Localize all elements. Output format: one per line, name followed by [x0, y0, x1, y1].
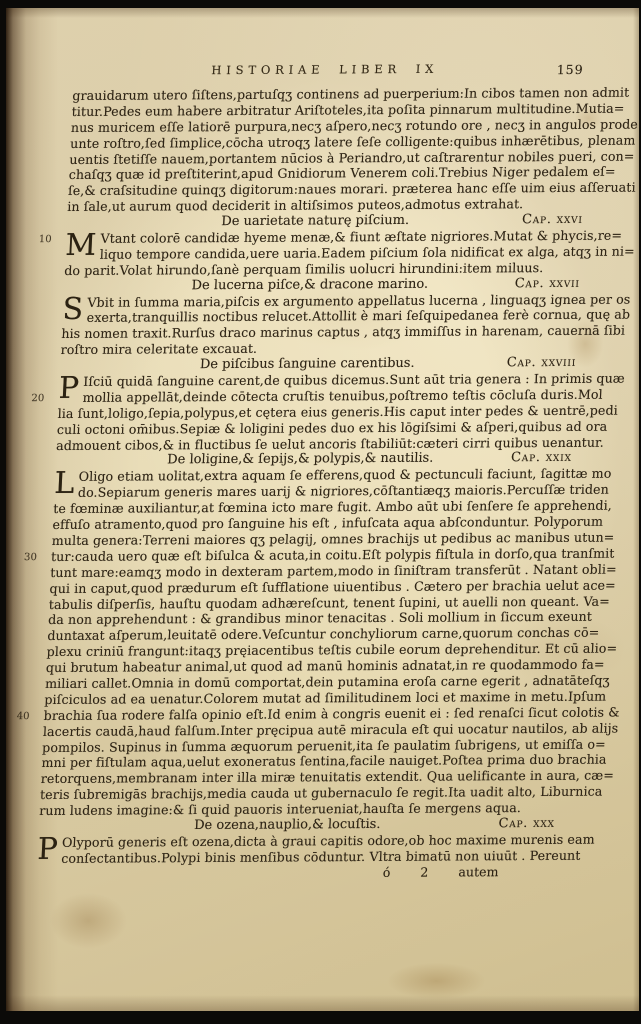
marginal-line-number: 10: [38, 232, 52, 248]
signature-number: 2: [420, 864, 429, 880]
running-header: HISTORIAE LIBER IX 159: [73, 61, 590, 82]
paragraph: PIſciū quidā ſanguine carent,de quibus d…: [56, 371, 576, 454]
marginal-line-number: 30: [24, 550, 38, 566]
photo-frame: HISTORIAE LIBER IX 159 grauidarum utero …: [0, 0, 641, 1024]
chapter-number: Cap. xxvii: [514, 276, 580, 292]
book-page: HISTORIAE LIBER IX 159 grauidarum utero …: [6, 8, 639, 1011]
chapter-title: De ozena,nauplio,& locuſtis.: [194, 817, 381, 834]
paragraph: SVbit in ſumma maria,piſcis ex argumento…: [60, 291, 579, 358]
paragraph: POlyporū generis eſt ozena,dicta à graui…: [37, 832, 555, 867]
chapter-title: De piſcibus ſanguine carentibus.: [200, 356, 415, 373]
text-line: conſectantibus.Polypi binis menſibus cōd…: [37, 848, 554, 867]
marginal-line-number: 40: [16, 709, 30, 725]
catchword: autem: [458, 864, 499, 880]
signature-line: ó 2 autem: [36, 863, 553, 882]
chapter-title: De uarietate naturę piſcium.: [221, 213, 410, 230]
chapter-number: Cap. xxx: [498, 816, 555, 832]
page-number: 159: [556, 62, 584, 77]
paragraph: grauidarum utero ſiſtens,partuſqʒ contin…: [67, 85, 589, 215]
paragraph: LOligo etiam uolitat,extra aquam ſe effe…: [39, 466, 571, 819]
paragraph: MVtant colorē candidæ hyeme menæ,& fiunt…: [64, 228, 582, 279]
marginal-line-number: 20: [31, 391, 45, 407]
chapter-number: Cap. xxix: [511, 450, 572, 466]
chapter-title: De lucerna piſce,& dracone marino.: [191, 276, 428, 293]
text-block: grauidarum utero ſiſtens,partuſqʒ contin…: [37, 85, 589, 867]
page-content: HISTORIAE LIBER IX 159 grauidarum utero …: [36, 61, 590, 883]
chapter-number: Cap. xxvi: [522, 212, 583, 228]
chapter-title: De loligine,& ſepijs,& polypis,& nautili…: [167, 451, 434, 469]
running-title: HISTORIAE LIBER IX: [211, 62, 438, 77]
chapter-number: Cap. xxviii: [506, 355, 576, 371]
signature-letter: ó: [382, 864, 390, 880]
